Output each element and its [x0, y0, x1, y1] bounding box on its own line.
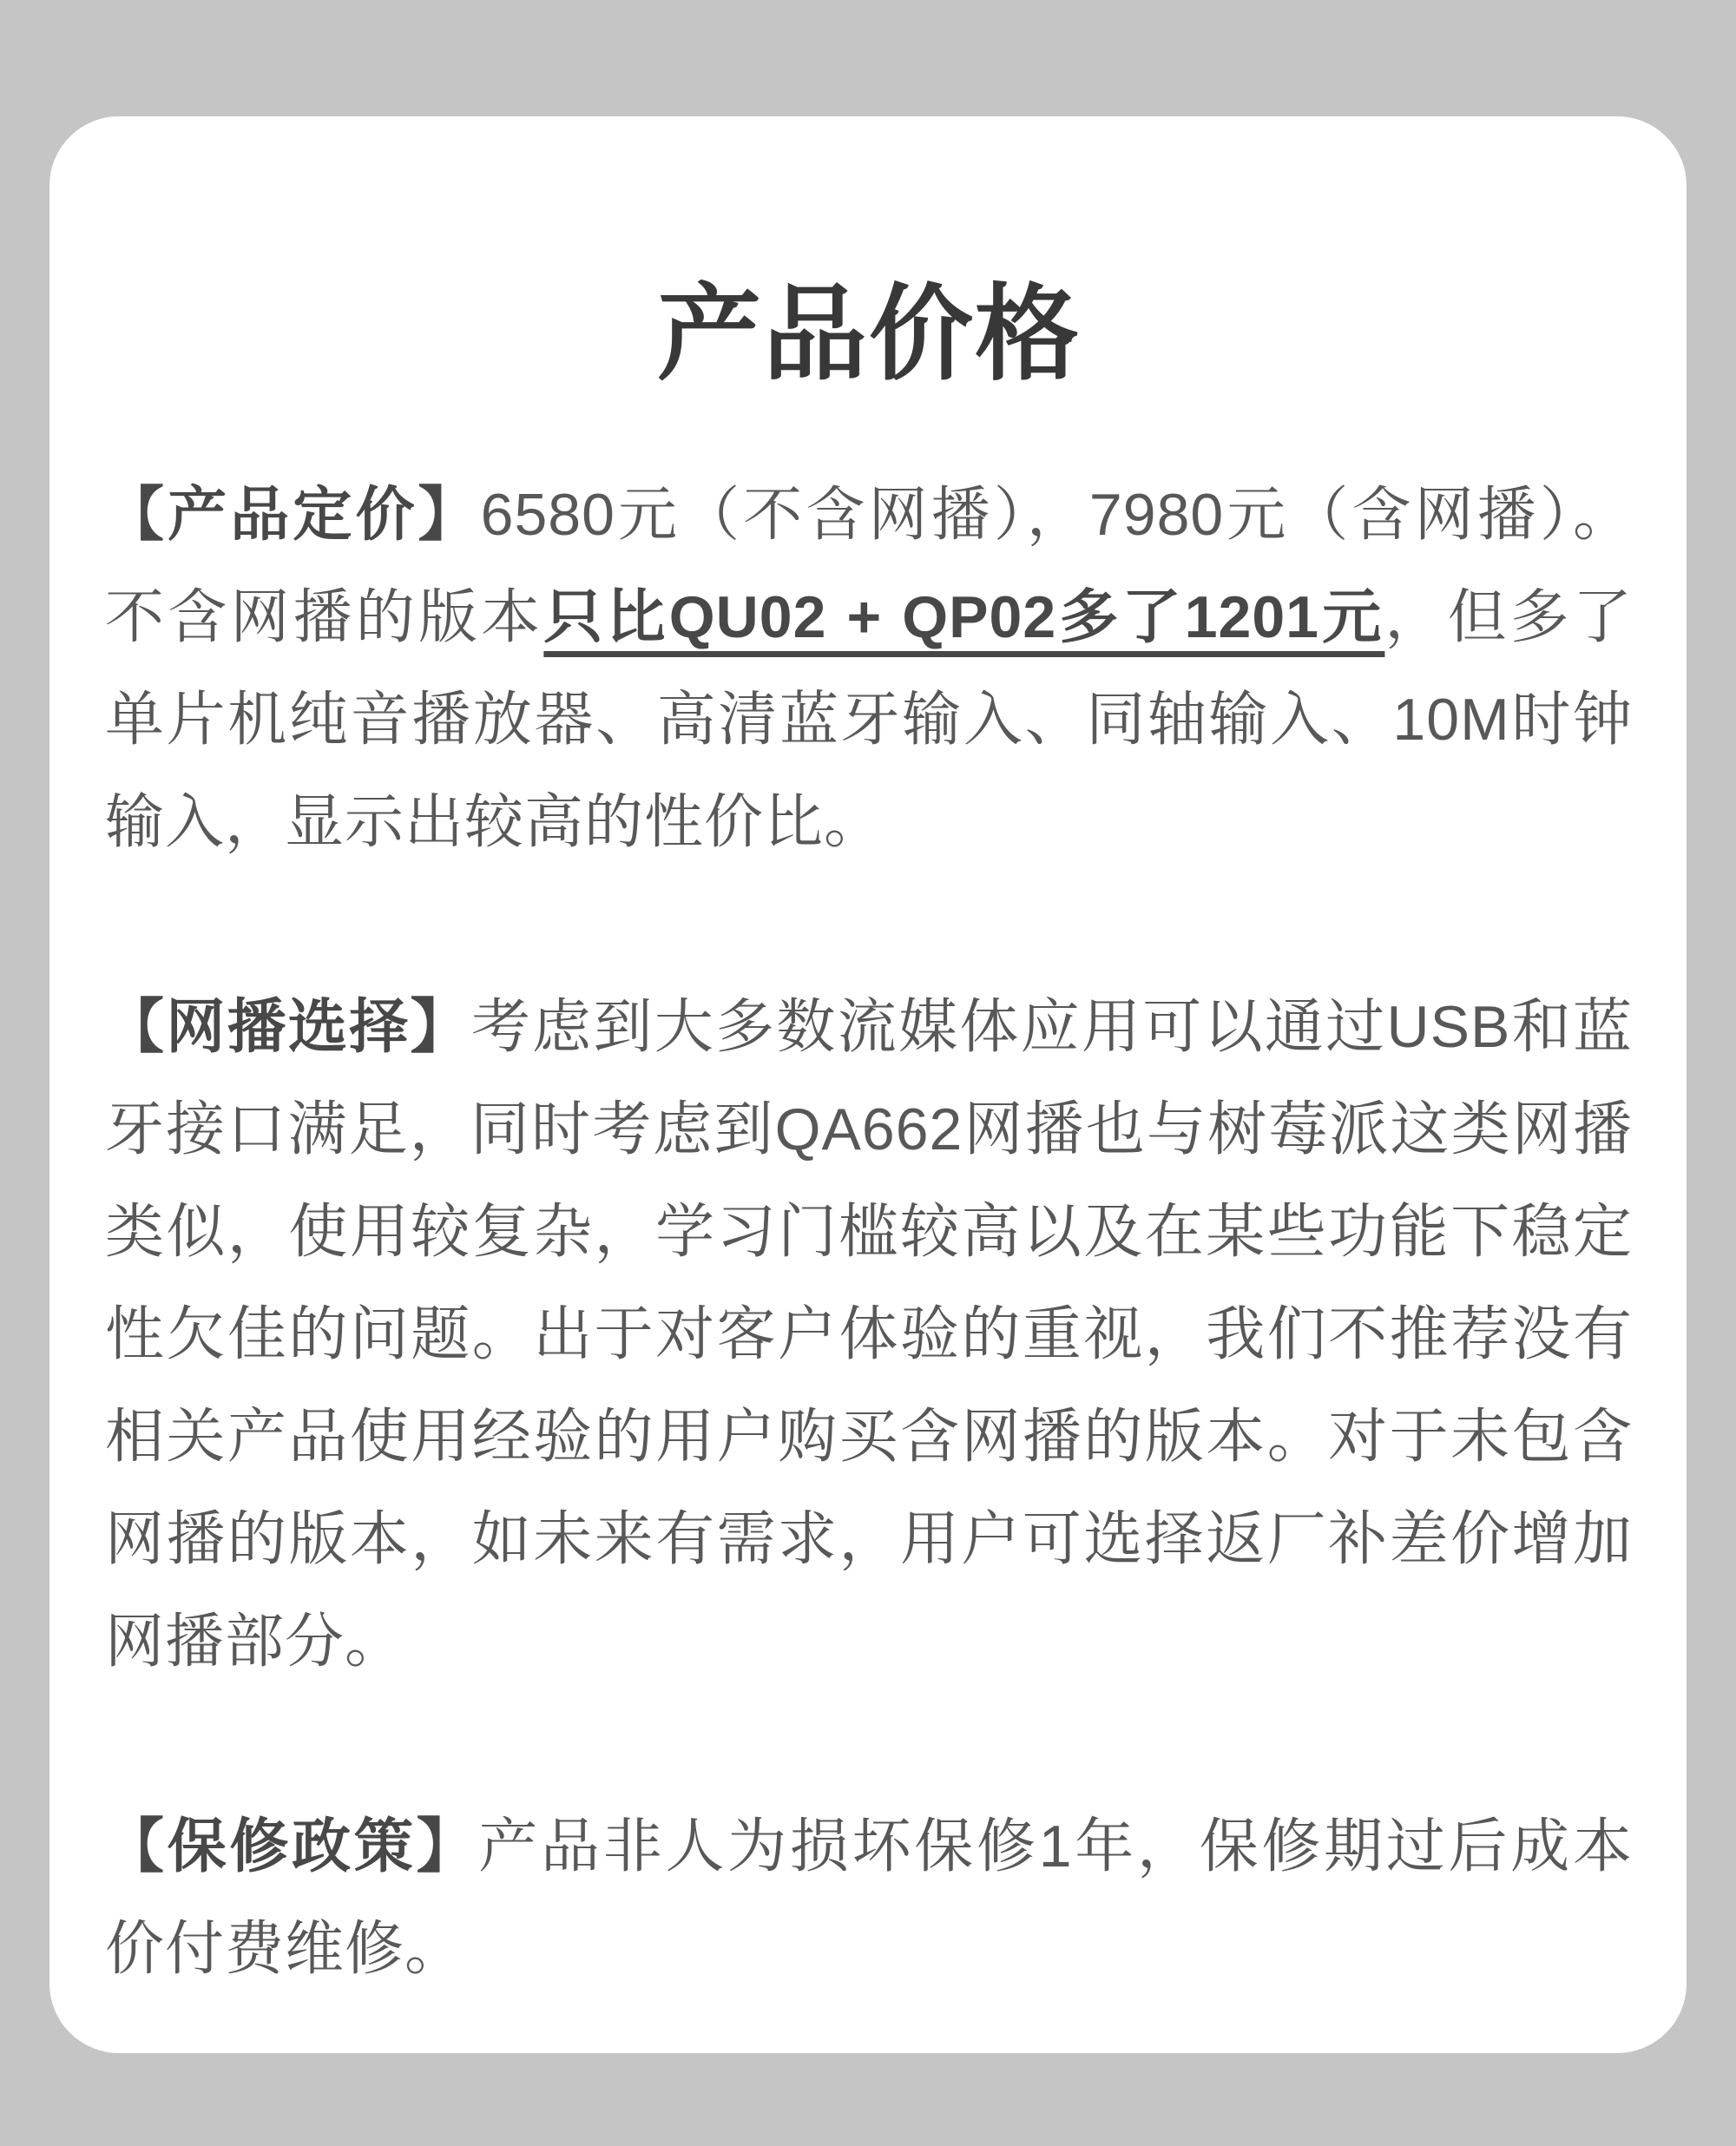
paragraph-streaming-choice: 【网播选择】考虑到大多数流媒体应用可以通过USB和蓝牙接口满足，同时考虑到QA6… — [105, 976, 1633, 1693]
product-info-card: 产品价格 【产品定价】6580元（不含网播），7980元（含网播）。不含网播的版… — [49, 116, 1687, 2053]
warranty-label: 【保修政策】 — [105, 1814, 478, 1879]
streaming-text: 考虑到大多数流媒体应用可以通过USB和蓝牙接口满足，同时考虑到QA662网播也与… — [105, 994, 1633, 1675]
pricing-highlight-underlined: 只比QU02 + QP02多了1201元 — [543, 584, 1384, 650]
page-title: 产品价格 — [105, 266, 1633, 403]
paragraph-warranty-policy: 【保修政策】产品非人为损坏保修1年，保修期过后成本价付费维修。 — [105, 1795, 1633, 2000]
paragraph-pricing: 【产品定价】6580元（不含网播），7980元（含网播）。不含网播的版本只比QU… — [105, 464, 1633, 873]
pricing-label: 【产品定价】 — [105, 482, 481, 548]
streaming-label: 【网播选择】 — [105, 994, 471, 1060]
